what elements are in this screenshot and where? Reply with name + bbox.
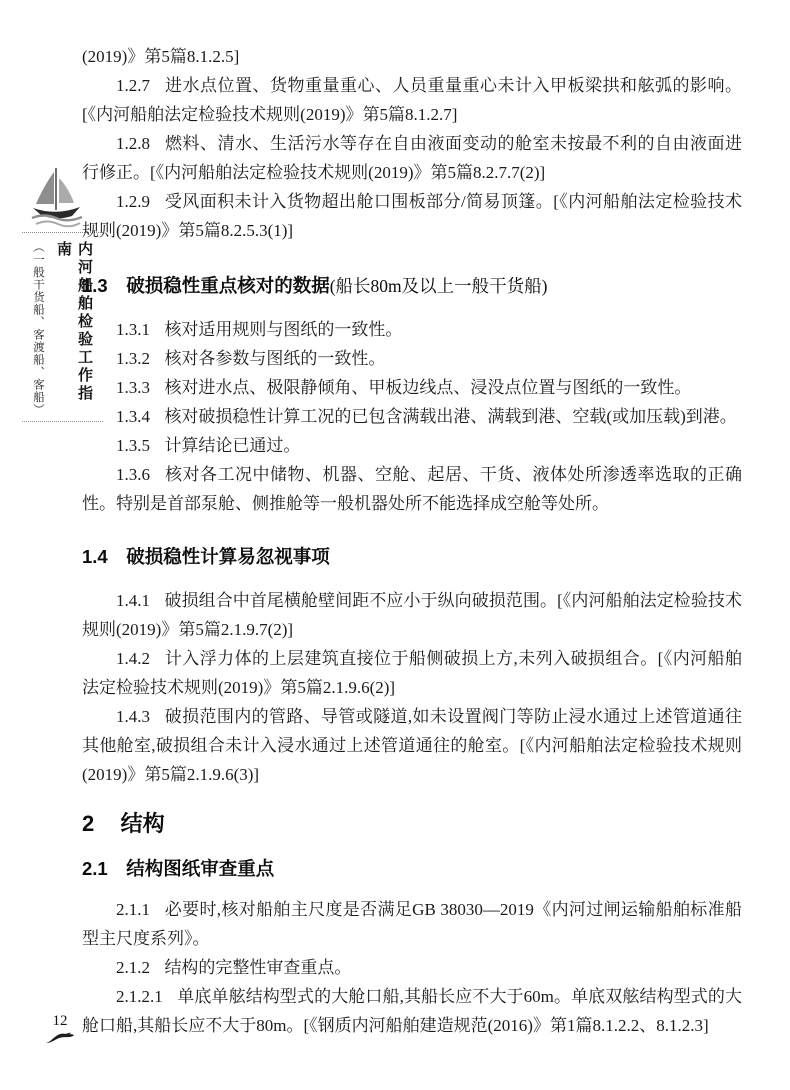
- sailboat-icon: [28, 166, 84, 228]
- item-text: 结构的完整性审查重点。: [164, 958, 351, 977]
- item-text: 破损组合中首尾横舱壁间距不应小于纵向破损范围。[《内河船舶法定检验技术规则(20…: [82, 591, 742, 639]
- paragraph-1-3-6: 1.3.6核对各工况中储物、机器、空舱、起居、干货、液体处所渗透率选取的正确性。…: [82, 460, 742, 518]
- section-title: 破损稳性计算易忽视事项: [126, 546, 330, 567]
- item-number: 1.3.1: [116, 320, 150, 339]
- item-text: 核对破损稳性计算工况的已包含满载出港、满载到港、空载(或加压载)到港。: [164, 407, 736, 426]
- paragraph-1-4-1: 1.4.1破损组合中首尾横舱壁间距不应小于纵向破损范围。[《内河船舶法定检验技术…: [82, 586, 742, 644]
- paragraph-1-3-2: 1.3.2核对各参数与图纸的一致性。: [82, 344, 742, 373]
- paragraph-1-4-3: 1.4.3破损范围内的管路、导管或隧道,如未设置阀门等防止浸水通过上述管道通往其…: [82, 702, 742, 789]
- item-number: 1.3.4: [116, 407, 150, 426]
- item-text: 核对各工况中储物、机器、空舱、起居、干货、液体处所渗透率选取的正确性。特别是首部…: [82, 465, 742, 513]
- item-number: 1.3.6: [116, 465, 150, 484]
- item-number: 1.2.7: [116, 76, 150, 95]
- item-number: 1.2.8: [116, 134, 150, 153]
- book-subtitle-vertical: （一般干货船、客渡船、客船）: [30, 241, 46, 413]
- item-number: 1.4.3: [116, 707, 150, 726]
- item-number: 1.3.5: [116, 436, 150, 455]
- item-text: 单底单舷结构型式的大舱口船,其船长应不大于60m。单底双舷结构型式的大舱口船,其…: [82, 987, 742, 1035]
- item-number: 2.1.2.1: [116, 987, 163, 1006]
- item-text: 计入浮力体的上层建筑直接位于船侧破损上方,未列入破损组合。[《内河船舶法定检验技…: [82, 649, 742, 697]
- item-number: 2.1.2: [116, 958, 150, 977]
- item-text: 核对各参数与图纸的一致性。: [164, 349, 385, 368]
- paragraph-1-2-7: 1.2.7进水点位置、货物重量重心、人员重量重心未计入甲板梁拱和舷弧的影响。[《…: [82, 71, 742, 129]
- wave-icon: [45, 1031, 75, 1045]
- item-number: 2.1.1: [116, 900, 150, 919]
- chapter-heading-2: 2结构: [82, 809, 742, 839]
- section-heading-1-3: 1.3破损稳性重点核对的数据(船长80m及以上一般干货船): [82, 273, 742, 299]
- paragraph-1-2-8: 1.2.8燃料、清水、生活污水等存在自由液面变动的舱室未按最不利的自由液面进行修…: [82, 129, 742, 187]
- chapter-number: 2: [82, 811, 94, 836]
- paragraph-1-3-5: 1.3.5计算结论已通过。: [82, 431, 742, 460]
- item-text: 必要时,核对船舶主尺度是否满足GB 38030—2019《内河过闸运输船舶标准船…: [82, 900, 742, 948]
- paragraph-1-4-2: 1.4.2计入浮力体的上层建筑直接位于船侧破损上方,未列入破损组合。[《内河船舶…: [82, 644, 742, 702]
- page-footer: 12: [36, 1012, 84, 1050]
- section-number: 2.1: [82, 858, 108, 879]
- paragraph-1-3-1: 1.3.1核对适用规则与图纸的一致性。: [82, 315, 742, 344]
- book-page: 内河船舶检验工作指南 （一般干货船、客渡船、客船） 12 (2019)》第5篇8…: [0, 0, 790, 1090]
- paragraph-1-2-9: 1.2.9受风面积未计入货物超出舱口围板部分/简易顶篷。[《内河船舶法定检验技术…: [82, 187, 742, 245]
- item-text: 受风面积未计入货物超出舱口围板部分/简易顶篷。[《内河船舶法定检验技术规则(20…: [82, 192, 742, 240]
- section-title: 结构图纸审查重点: [126, 858, 274, 879]
- paragraph-1-3-4: 1.3.4核对破损稳性计算工况的已包含满载出港、满载到港、空载(或加压载)到港。: [82, 402, 742, 431]
- item-text: 核对进水点、极限静倾角、甲板边线点、浸没点位置与图纸的一致性。: [164, 378, 691, 397]
- item-text: 核对适用规则与图纸的一致性。: [164, 320, 402, 339]
- item-text: 进水点位置、货物重量重心、人员重量重心未计入甲板梁拱和舷弧的影响。[《内河船舶法…: [82, 76, 742, 124]
- section-heading-2-1: 2.1结构图纸审查重点: [82, 856, 742, 882]
- section-number: 1.4: [82, 546, 108, 567]
- paragraph-1-3-3: 1.3.3核对进水点、极限静倾角、甲板边线点、浸没点位置与图纸的一致性。: [82, 373, 742, 402]
- paragraph-continuation-1-2-5: (2019)》第5篇8.1.2.5]: [82, 42, 742, 71]
- paragraph-2-1-2-1: 2.1.2.1单底单舷结构型式的大舱口船,其船长应不大于60m。单底双舷结构型式…: [82, 982, 742, 1040]
- item-number: 1.3.3: [116, 378, 150, 397]
- main-content: (2019)》第5篇8.1.2.5] 1.2.7进水点位置、货物重量重心、人员重…: [82, 42, 742, 1040]
- item-number: 1.4.2: [116, 649, 150, 668]
- item-text: 燃料、清水、生活污水等存在自由液面变动的舱室未按最不利的自由液面进行修正。[《内…: [82, 134, 742, 182]
- item-number: 1.3.2: [116, 349, 150, 368]
- paragraph-2-1-2: 2.1.2结构的完整性审查重点。: [82, 953, 742, 982]
- section-heading-1-4: 1.4破损稳性计算易忽视事项: [82, 544, 742, 570]
- section-title: 破损稳性重点核对的数据: [126, 275, 330, 296]
- chapter-title: 结构: [121, 811, 165, 836]
- section-number: 1.3: [82, 275, 108, 296]
- item-text: 破损范围内的管路、导管或隧道,如未设置阀门等防止浸水通过上述管道通往其他舱室,破…: [82, 707, 742, 784]
- paragraph-2-1-1: 2.1.1必要时,核对船舶主尺度是否满足GB 38030—2019《内河过闸运输…: [82, 895, 742, 953]
- item-number: 1.4.1: [116, 591, 150, 610]
- item-text: 计算结论已通过。: [164, 436, 300, 455]
- item-number: 1.2.9: [116, 192, 150, 211]
- section-title-suffix: (船长80m及以上一般干货船): [330, 276, 548, 296]
- page-number: 12: [36, 1012, 84, 1030]
